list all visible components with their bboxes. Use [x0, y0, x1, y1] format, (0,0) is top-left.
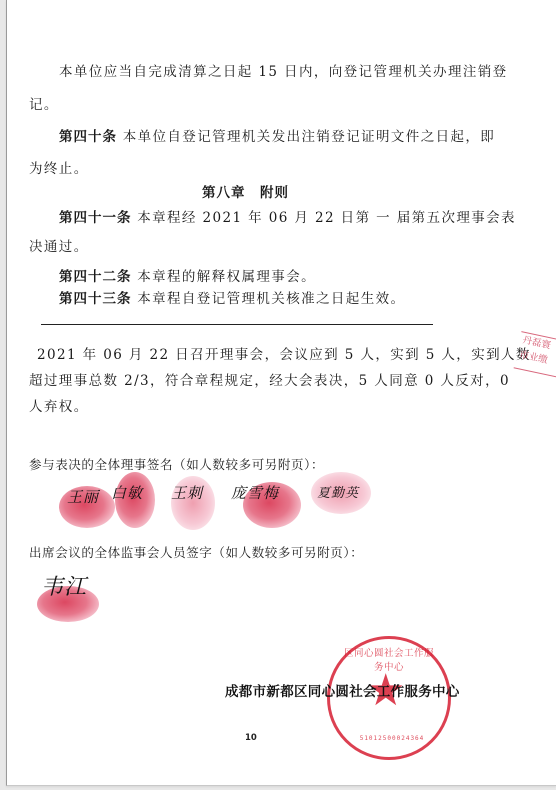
chapter-title: 第八章 附则	[202, 184, 289, 202]
supervisor-signature-1: 韦江	[41, 570, 87, 601]
document-page: 本单位应当自完成清算之日起 15 日内，向登记管理机关办理注销登 记。 第四十条…	[6, 0, 556, 786]
article-42-text: 本章程的解释权属理事会。	[137, 269, 316, 285]
article-41-text: 本章程经 2021 年 06 月 22 日第 一 届第五次理事会表	[137, 210, 516, 226]
article-41: 第四十一条 本章程经 2021 年 06 月 22 日第 一 届第五次理事会表	[59, 209, 516, 227]
side-stamp: 丹磊寰 巿业缴	[514, 331, 556, 379]
article-42-label: 第四十二条	[59, 269, 132, 285]
paragraph-liquidation-line2: 记。	[29, 96, 59, 114]
board-signature-1: 王丽	[67, 486, 99, 507]
article-43-text: 本章程自登记管理机关核准之日起生效。	[137, 291, 405, 307]
meeting-record-line1: 2021 年 06 月 22 日召开理事会，会议应到 5 人，实到 5 人，实到…	[37, 346, 531, 364]
article-43: 第四十三条 本章程自登记管理机关核准之日起生效。	[59, 290, 405, 308]
board-signature-2: 白敏	[111, 482, 143, 503]
article-40: 第四十条 本单位自登记管理机关发出注销登记证明文件之日起，即	[59, 128, 495, 146]
board-signatures-label: 参与表决的全体理事签名（如人数较多可另附页）：	[29, 456, 324, 474]
board-signature-3: 王刺	[171, 482, 203, 503]
organization-name: 成都市新都区同心圆社会工作服务中心	[225, 680, 460, 700]
article-41-line2: 决通过。	[29, 238, 89, 256]
paragraph-liquidation-line1: 本单位应当自完成清算之日起 15 日内，向登记管理机关办理注销登	[59, 63, 508, 81]
seal-code: 51012500024364	[352, 735, 432, 742]
article-42: 第四十二条 本章程的解释权属理事会。	[59, 268, 316, 286]
board-signature-4: 庞雪梅	[231, 482, 279, 503]
board-signature-5: 夏勤英	[317, 482, 359, 501]
meeting-record-line2: 超过理事总数 2/3，符合章程规定，经大会表决，5 人同意 0 人反对，0	[29, 372, 510, 390]
meeting-record-line3: 人弃权。	[29, 398, 89, 416]
article-43-label: 第四十三条	[59, 291, 132, 307]
article-40-text: 本单位自登记管理机关发出注销登记证明文件之日起，即	[123, 129, 496, 145]
page-number: 10	[245, 733, 257, 743]
supervisor-signatures-label: 出席会议的全体监事会人员签字（如人数较多可另附页）：	[29, 544, 363, 562]
article-40-line2: 为终止。	[29, 160, 89, 178]
article-41-label: 第四十一条	[59, 210, 132, 226]
article-40-label: 第四十条	[59, 129, 117, 145]
section-divider	[41, 324, 433, 325]
